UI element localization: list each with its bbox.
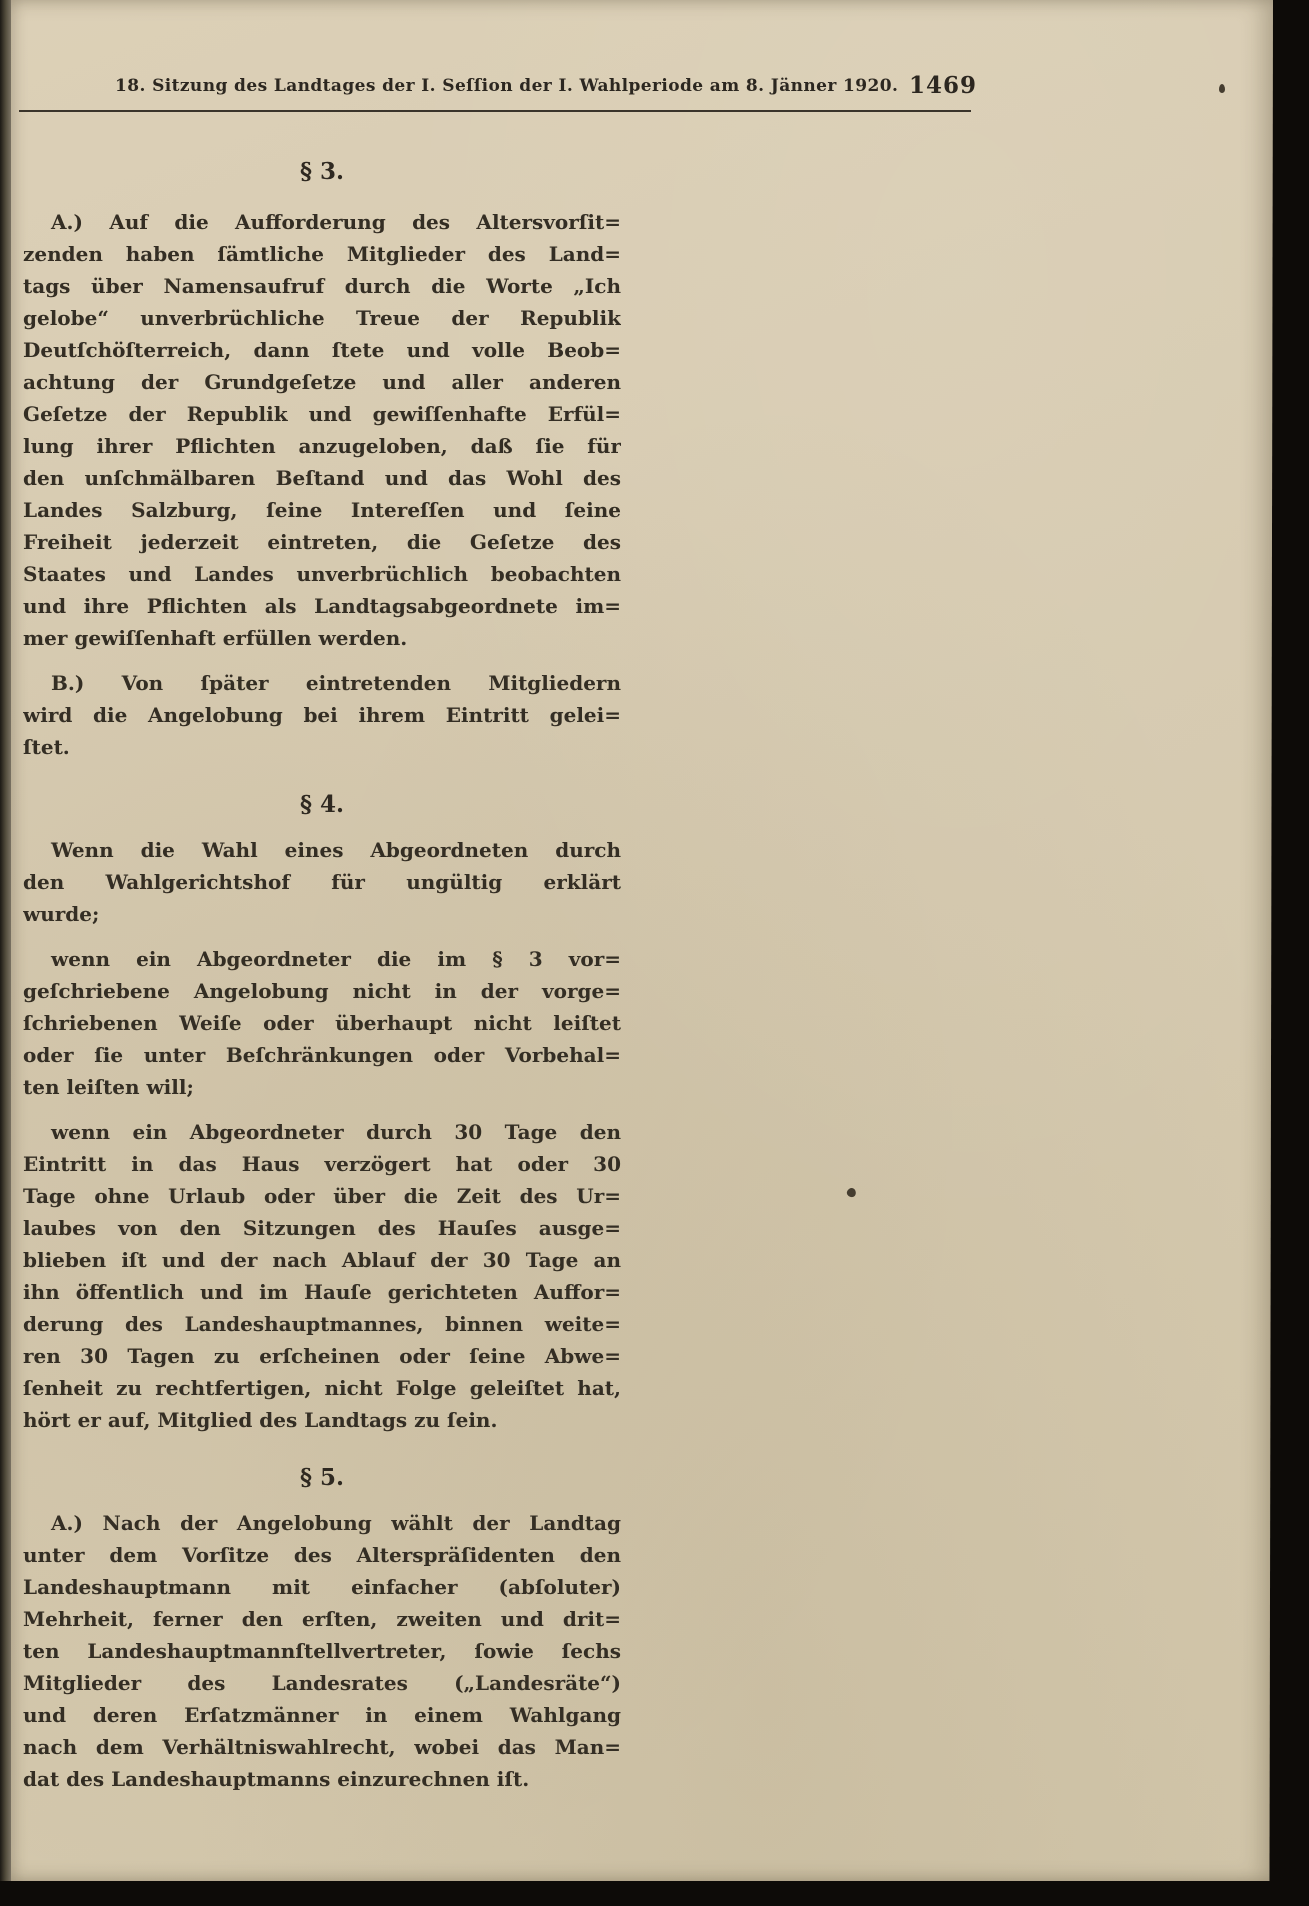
ink-speck: [307, 1417, 311, 1421]
text-line: wenn ein Abgeordneter die im § 3 vor=: [23, 943, 621, 975]
text-line: gelobe“ unverbrüchliche Treue der Republ…: [23, 302, 621, 334]
section-heading: § 5.: [23, 1462, 621, 1494]
scan-background: { "header": { "session_line": "18. Sitzu…: [0, 0, 1309, 1906]
text-line: wurde;: [23, 898, 621, 930]
text-line: lung ihrer Pflichten anzugeloben, daß ſi…: [23, 430, 621, 462]
paragraph: B.) Von ſpäter eintretenden Mitgliedernw…: [23, 667, 621, 763]
text-line: Deutſchöſterreich, dann ſtete und volle …: [23, 334, 621, 366]
paragraph: wenn ein Abgeordneter durch 30 Tage denE…: [23, 1116, 621, 1436]
text-line: ſtet.: [23, 731, 621, 763]
text-line: mer gewiſſenhaft erfüllen werden.: [23, 622, 621, 654]
text-line: zenden haben ſämtliche Mitglieder des La…: [23, 238, 621, 270]
ink-speck: [846, 1187, 858, 1199]
text-line: Mitglieder des Landesrates („Landesräte“…: [23, 1667, 621, 1699]
header-rule: [19, 110, 971, 112]
text-line: hört er auf, Mitglied des Landtags zu ſe…: [23, 1404, 621, 1436]
section-heading: § 3.: [23, 156, 621, 188]
text-line: tags über Namensaufruf durch die Worte „…: [23, 270, 621, 302]
text-line: wird die Angelobung bei ihrem Eintritt g…: [23, 699, 621, 731]
text-line: ſchriebenen Weiſe oder überhaupt nicht l…: [23, 1007, 621, 1039]
text-column: § 3.A.) Auf die Aufforderung des Altersv…: [23, 142, 621, 1795]
text-line: wenn ein Abgeordneter durch 30 Tage den: [23, 1116, 621, 1148]
text-line: Landes Salzburg, ſeine Intereſſen und ſe…: [23, 494, 621, 526]
ink-speck: [1219, 84, 1225, 93]
header-session-title: 18. Sitzung des Landtages der I. Seſſion…: [115, 76, 898, 96]
text-line: Mehrheit, ferner den erſten, zweiten und…: [23, 1603, 621, 1635]
section-heading: § 4.: [23, 789, 621, 821]
text-line: Freiheit jederzeit eintreten, die Geſetz…: [23, 526, 621, 558]
text-line: Wenn die Wahl eines Abgeordneten durch: [23, 834, 621, 866]
text-line: und ihre Pflichten als Landtagsabgeordne…: [23, 590, 621, 622]
text-line: Staates und Landes unverbrüchlich beobac…: [23, 558, 621, 590]
text-line: B.) Von ſpäter eintretenden Mitgliedern: [23, 667, 621, 699]
paragraph: Wenn die Wahl eines Abgeordneten durchde…: [23, 834, 621, 930]
paragraph: wenn ein Abgeordneter die im § 3 vor=geſ…: [23, 943, 621, 1103]
text-line: nach dem Verhältniswahlrecht, wobei das …: [23, 1731, 621, 1763]
text-line: ten leiſten will;: [23, 1071, 621, 1103]
text-line: derung des Landeshauptmannes, binnen wei…: [23, 1308, 621, 1340]
text-line: Tage ohne Urlaub oder über die Zeit des …: [23, 1180, 621, 1212]
text-line: Landeshauptmann mit einfacher (abſoluter…: [23, 1571, 621, 1603]
text-line: den unſchmälbaren Beſtand und das Wohl d…: [23, 462, 621, 494]
text-line: geſchriebene Angelobung nicht in der vor…: [23, 975, 621, 1007]
text-line: achtung der Grundgeſetze und aller ander…: [23, 366, 621, 398]
text-line: Eintritt in das Haus verzögert hat oder …: [23, 1148, 621, 1180]
text-line: oder ſie unter Beſchränkungen oder Vorbe…: [23, 1039, 621, 1071]
text-line: dat des Landeshauptmanns einzurechnen iſ…: [23, 1763, 621, 1795]
text-line: und deren Erſatzmänner in einem Wahlgang: [23, 1699, 621, 1731]
text-line: A.) Auf die Aufforderung des Altersvorſi…: [23, 206, 621, 238]
text-line: blieben iſt und der nach Ablauf der 30 T…: [23, 1244, 621, 1276]
scanned-page: 18. Sitzung des Landtages der I. Seſſion…: [0, 0, 1309, 1906]
text-line: ihn öffentlich und im Hauſe gerichteten …: [23, 1276, 621, 1308]
text-line: unter dem Vorſitze des Alterspräſidenten…: [23, 1539, 621, 1571]
document-page: 18. Sitzung des Landtages der I. Seſſion…: [11, 0, 1273, 1881]
scan-gutter-shadow: [0, 0, 11, 1881]
page-number: 1469: [909, 72, 977, 99]
paragraph: A.) Nach der Angelobung wählt der Landta…: [23, 1507, 621, 1795]
text-line: laubes von den Sitzungen des Hauſes ausg…: [23, 1212, 621, 1244]
text-line: ten Landeshauptmannſtellvertreter, ſowie…: [23, 1635, 621, 1667]
text-line: den Wahlgerichtshof für ungültig erklärt: [23, 866, 621, 898]
text-line: Geſetze der Republik und gewiſſenhafte E…: [23, 398, 621, 430]
text-line: ren 30 Tagen zu erſcheinen oder ſeine Ab…: [23, 1340, 621, 1372]
text-line: ſenheit zu rechtfertigen, nicht Folge ge…: [23, 1372, 621, 1404]
text-line: A.) Nach der Angelobung wählt der Landta…: [23, 1507, 621, 1539]
paragraph: A.) Auf die Aufforderung des Altersvorſi…: [23, 206, 621, 654]
